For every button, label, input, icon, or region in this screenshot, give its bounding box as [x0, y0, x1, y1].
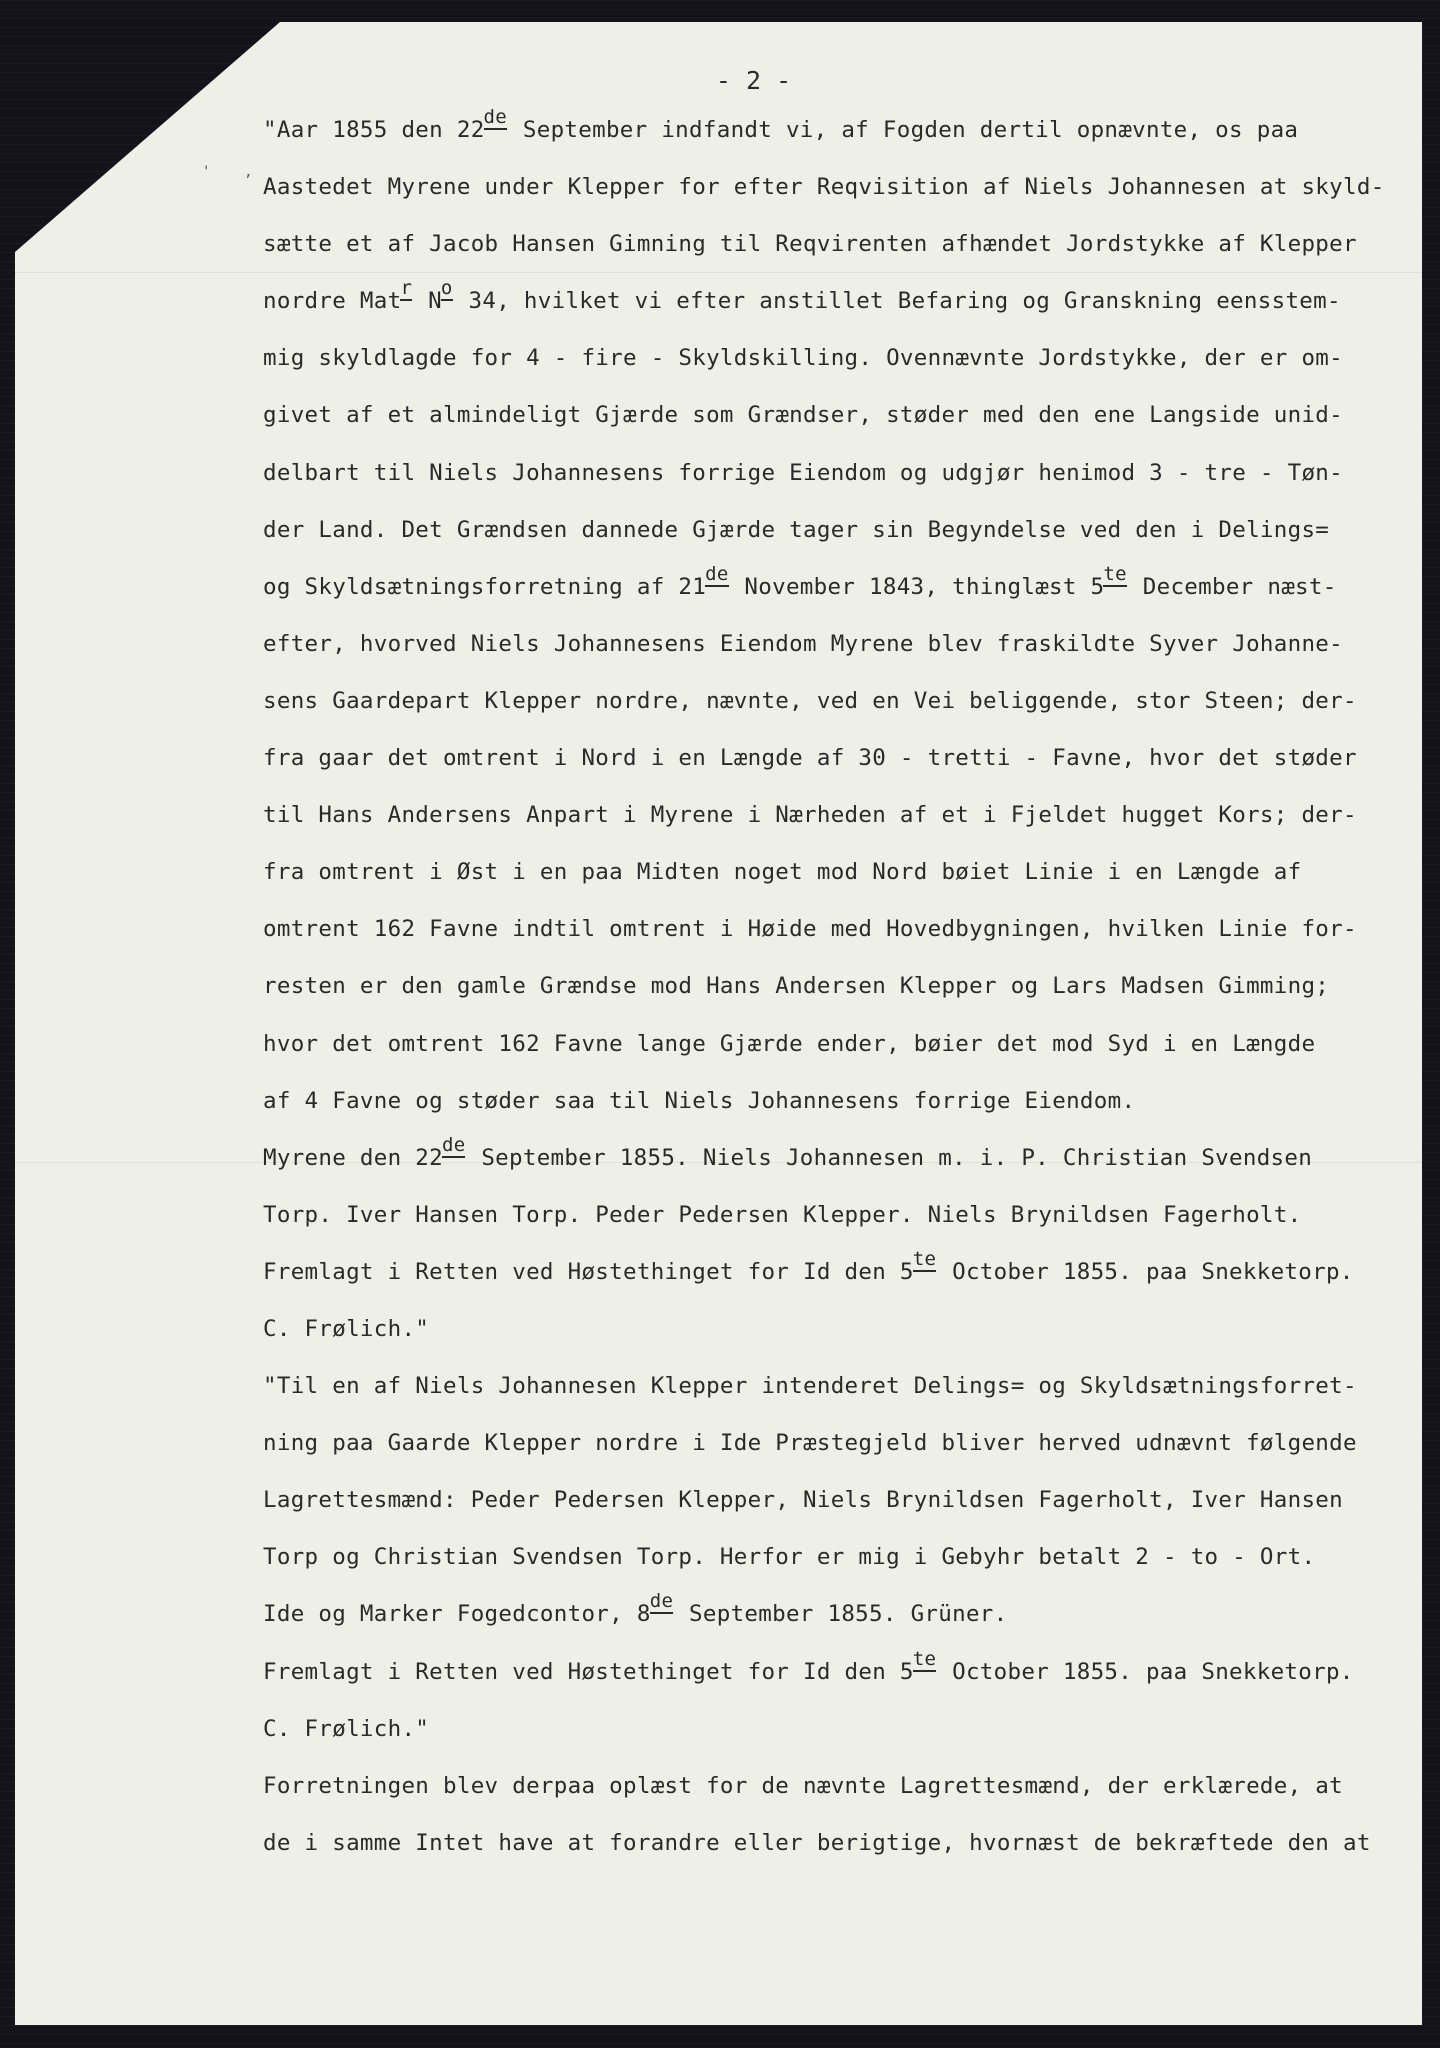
text-line: Ide og Marker Fogedcontor, 8de September…	[263, 1586, 1413, 1643]
text-line: "Aar 1855 den 22de September indfandt vi…	[263, 102, 1413, 159]
ordinal-superscript: de	[484, 108, 507, 130]
text-line: sens Gaardepart Klepper nordre, nævnte, …	[263, 673, 1413, 730]
line-text: C. Frølich."	[263, 1716, 429, 1742]
line-text: Myrene den 22	[263, 1145, 443, 1171]
text-line: resten er den gamle Grændse mod Hans And…	[263, 958, 1413, 1015]
line-text: N	[414, 288, 442, 314]
line-text: December næst-	[1129, 574, 1337, 600]
line-text: til Hans Andersens Anpart i Myrene i Nær…	[263, 802, 1357, 828]
line-text: og Skyldsætningsforretning af 21	[263, 574, 706, 600]
text-line: nordre Matr No 34, hvilket vi efter anst…	[263, 273, 1413, 330]
ordinal-superscript: de	[705, 565, 728, 587]
line-text: hvor det omtrent 162 Favne lange Gjærde …	[263, 1031, 1315, 1057]
text-line: fra gaar det omtrent i Nord i en Længde …	[263, 730, 1413, 787]
line-text: Aastedet Myrene under Klepper for efter …	[263, 174, 1385, 200]
document-body: "Aar 1855 den 22de September indfandt vi…	[263, 102, 1413, 1872]
text-line: Lagrettesmænd: Peder Pedersen Klepper, N…	[263, 1472, 1413, 1529]
line-text: October 1855. paa Snekketorp.	[938, 1659, 1353, 1685]
line-text: Fremlagt i Retten ved Høstethinget for I…	[263, 1659, 914, 1685]
line-text: C. Frølich."	[263, 1316, 429, 1342]
ordinal-superscript: te	[913, 1250, 936, 1272]
page-number: - 2 -	[15, 66, 1422, 95]
text-line: og Skyldsætningsforretning af 21de Novem…	[263, 559, 1413, 616]
text-line: givet af et almindeligt Gjærde som Grænd…	[263, 387, 1413, 444]
ordinal-superscript: de	[442, 1136, 465, 1158]
document-page: ' , - 2 - "Aar 1855 den 22de September i…	[15, 22, 1422, 2025]
line-text: Lagrettesmænd: Peder Pedersen Klepper, N…	[263, 1487, 1343, 1513]
ordinal-superscript: te	[1103, 565, 1126, 587]
line-text: Torp og Christian Svendsen Torp. Herfor …	[263, 1544, 1315, 1570]
line-text: October 1855. paa Snekketorp.	[938, 1259, 1353, 1285]
text-line: de i samme Intet have at forandre eller …	[263, 1815, 1413, 1872]
text-line: C. Frølich."	[263, 1301, 1413, 1358]
line-text: Forretningen blev derpaa oplæst for de n…	[263, 1773, 1343, 1799]
text-line: omtrent 162 Favne indtil omtrent i Høide…	[263, 901, 1413, 958]
line-text: 34, hvilket vi efter anstillet Befaring …	[455, 288, 1341, 314]
text-line: til Hans Andersens Anpart i Myrene i Nær…	[263, 787, 1413, 844]
text-line: Fremlagt i Retten ved Høstethinget for I…	[263, 1644, 1413, 1701]
text-line: Forretningen blev derpaa oplæst for de n…	[263, 1758, 1413, 1815]
text-line: hvor det omtrent 162 Favne lange Gjærde …	[263, 1016, 1413, 1073]
text-line: Torp og Christian Svendsen Torp. Herfor …	[263, 1529, 1413, 1586]
text-line: sætte et af Jacob Hansen Gimning til Req…	[263, 216, 1413, 273]
speck-marks: ' ,	[202, 164, 253, 180]
line-text: Torp. Iver Hansen Torp. Peder Pedersen K…	[263, 1202, 1301, 1228]
text-line: Fremlagt i Retten ved Høstethinget for I…	[263, 1244, 1413, 1301]
line-text: nordre Mat	[263, 288, 401, 314]
text-line: fra omtrent i Øst i en paa Midten noget …	[263, 844, 1413, 901]
line-text: delbart til Niels Johannesens forrige Ei…	[263, 460, 1343, 486]
line-text: af 4 Favne og støder saa til Niels Johan…	[263, 1088, 1135, 1114]
ordinal-superscript: te	[913, 1650, 936, 1672]
line-text: September 1855. Niels Johannesen m. i. P…	[467, 1145, 1312, 1171]
line-text: "Til en af Niels Johannesen Klepper inte…	[263, 1373, 1357, 1399]
line-text: Ide og Marker Fogedcontor, 8	[263, 1601, 651, 1627]
line-text: resten er den gamle Grændse mod Hans And…	[263, 973, 1329, 999]
text-line: der Land. Det Grændsen dannede Gjærde ta…	[263, 502, 1413, 559]
text-line: Aastedet Myrene under Klepper for efter …	[263, 159, 1413, 216]
line-text: September indfandt vi, af Fogden dertil …	[509, 117, 1298, 143]
text-line: Torp. Iver Hansen Torp. Peder Pedersen K…	[263, 1187, 1413, 1244]
line-text: fra omtrent i Øst i en paa Midten noget …	[263, 859, 1301, 885]
line-text: November 1843, thinglæst 5	[731, 574, 1105, 600]
line-text: givet af et almindeligt Gjærde som Grænd…	[263, 402, 1343, 428]
text-line: C. Frølich."	[263, 1701, 1413, 1758]
line-text: omtrent 162 Favne indtil omtrent i Høide…	[263, 916, 1357, 942]
text-line: "Til en af Niels Johannesen Klepper inte…	[263, 1358, 1413, 1415]
line-text: der Land. Det Grændsen dannede Gjærde ta…	[263, 517, 1329, 543]
ordinal-superscript: r	[400, 279, 412, 301]
ordinal-superscript: de	[650, 1592, 673, 1614]
ordinal-superscript: o	[441, 279, 453, 301]
text-line: delbart til Niels Johannesens forrige Ei…	[263, 445, 1413, 502]
line-text: fra gaar det omtrent i Nord i en Længde …	[263, 745, 1357, 771]
text-line: Myrene den 22de September 1855. Niels Jo…	[263, 1130, 1413, 1187]
line-text: sætte et af Jacob Hansen Gimning til Req…	[263, 231, 1357, 257]
line-text: Fremlagt i Retten ved Høstethinget for I…	[263, 1259, 914, 1285]
text-line: ning paa Gaarde Klepper nordre i Ide Præ…	[263, 1415, 1413, 1472]
line-text: mig skyldlagde for 4 - fire - Skyldskill…	[263, 345, 1343, 371]
text-line: af 4 Favne og støder saa til Niels Johan…	[263, 1073, 1413, 1130]
line-text: ning paa Gaarde Klepper nordre i Ide Præ…	[263, 1430, 1357, 1456]
text-line: mig skyldlagde for 4 - fire - Skyldskill…	[263, 330, 1413, 387]
line-text: sens Gaardepart Klepper nordre, nævnte, …	[263, 688, 1357, 714]
line-text: efter, hvorved Niels Johannesens Eiendom…	[263, 631, 1343, 657]
line-text: de i samme Intet have at forandre eller …	[263, 1830, 1371, 1856]
text-line: efter, hvorved Niels Johannesens Eiendom…	[263, 616, 1413, 673]
line-text: September 1855. Grüner.	[675, 1601, 1007, 1627]
line-text: "Aar 1855 den 22	[263, 117, 485, 143]
